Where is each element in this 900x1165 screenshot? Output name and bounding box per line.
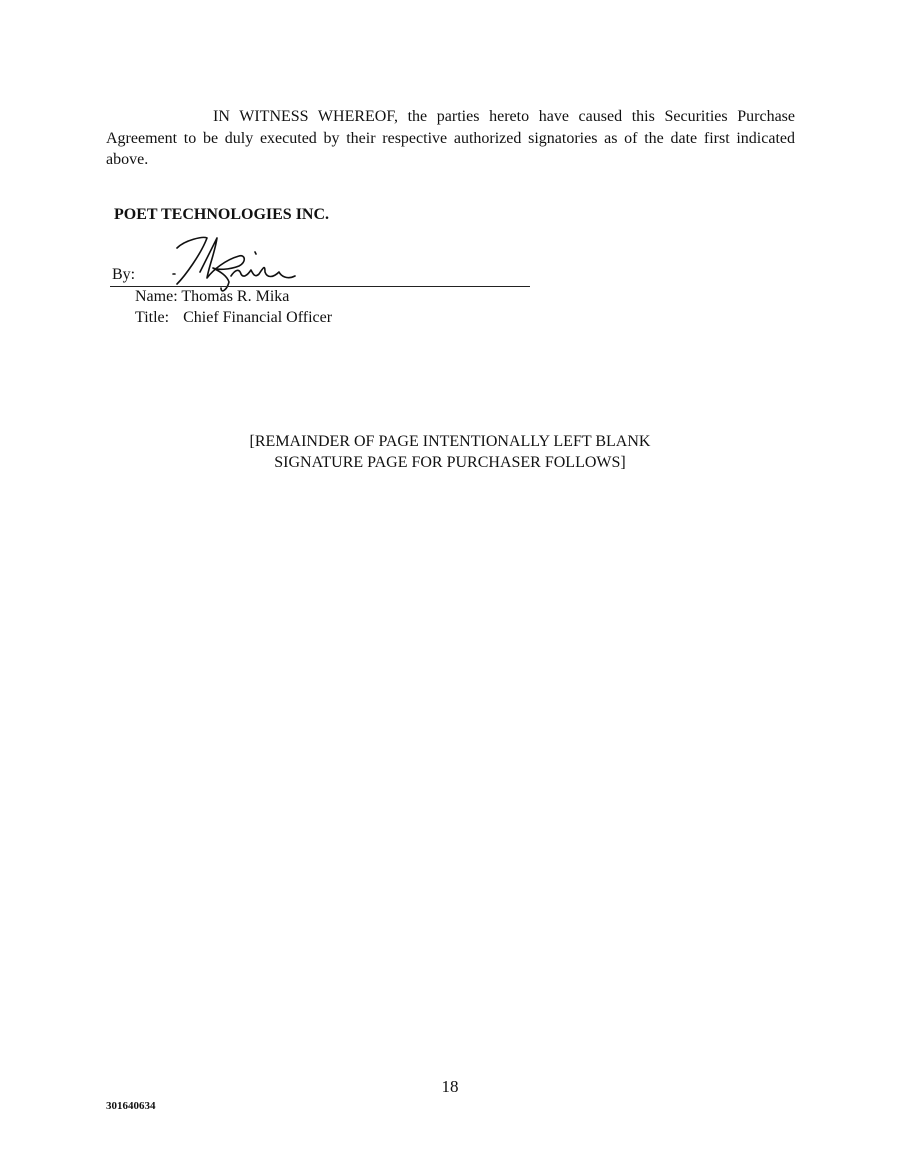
by-label: By: [112,266,135,284]
title-label: Title: [135,309,169,326]
company-name: POET TECHNOLOGIES INC. [114,206,329,224]
name-label: Name: [135,288,178,305]
document-id: 301640634 [106,1100,156,1112]
witness-paragraph: IN WITNESS WHEREOF, the parties hereto h… [106,106,795,171]
signature-line [110,286,530,287]
notice-line: SIGNATURE PAGE FOR PURCHASER FOLLOWS] [0,452,900,473]
blank-page-notice: [REMAINDER OF PAGE INTENTIONALLY LEFT BL… [0,431,900,473]
notice-line: [REMAINDER OF PAGE INTENTIONALLY LEFT BL… [0,431,900,452]
signatory-name: Name: Thomas R. Mika [135,288,289,306]
name-value: Thomas R. Mika [181,288,289,305]
page-number: 18 [0,1077,900,1097]
signatory-title: Title:Chief Financial Officer [135,309,332,327]
title-value: Chief Financial Officer [183,309,332,326]
